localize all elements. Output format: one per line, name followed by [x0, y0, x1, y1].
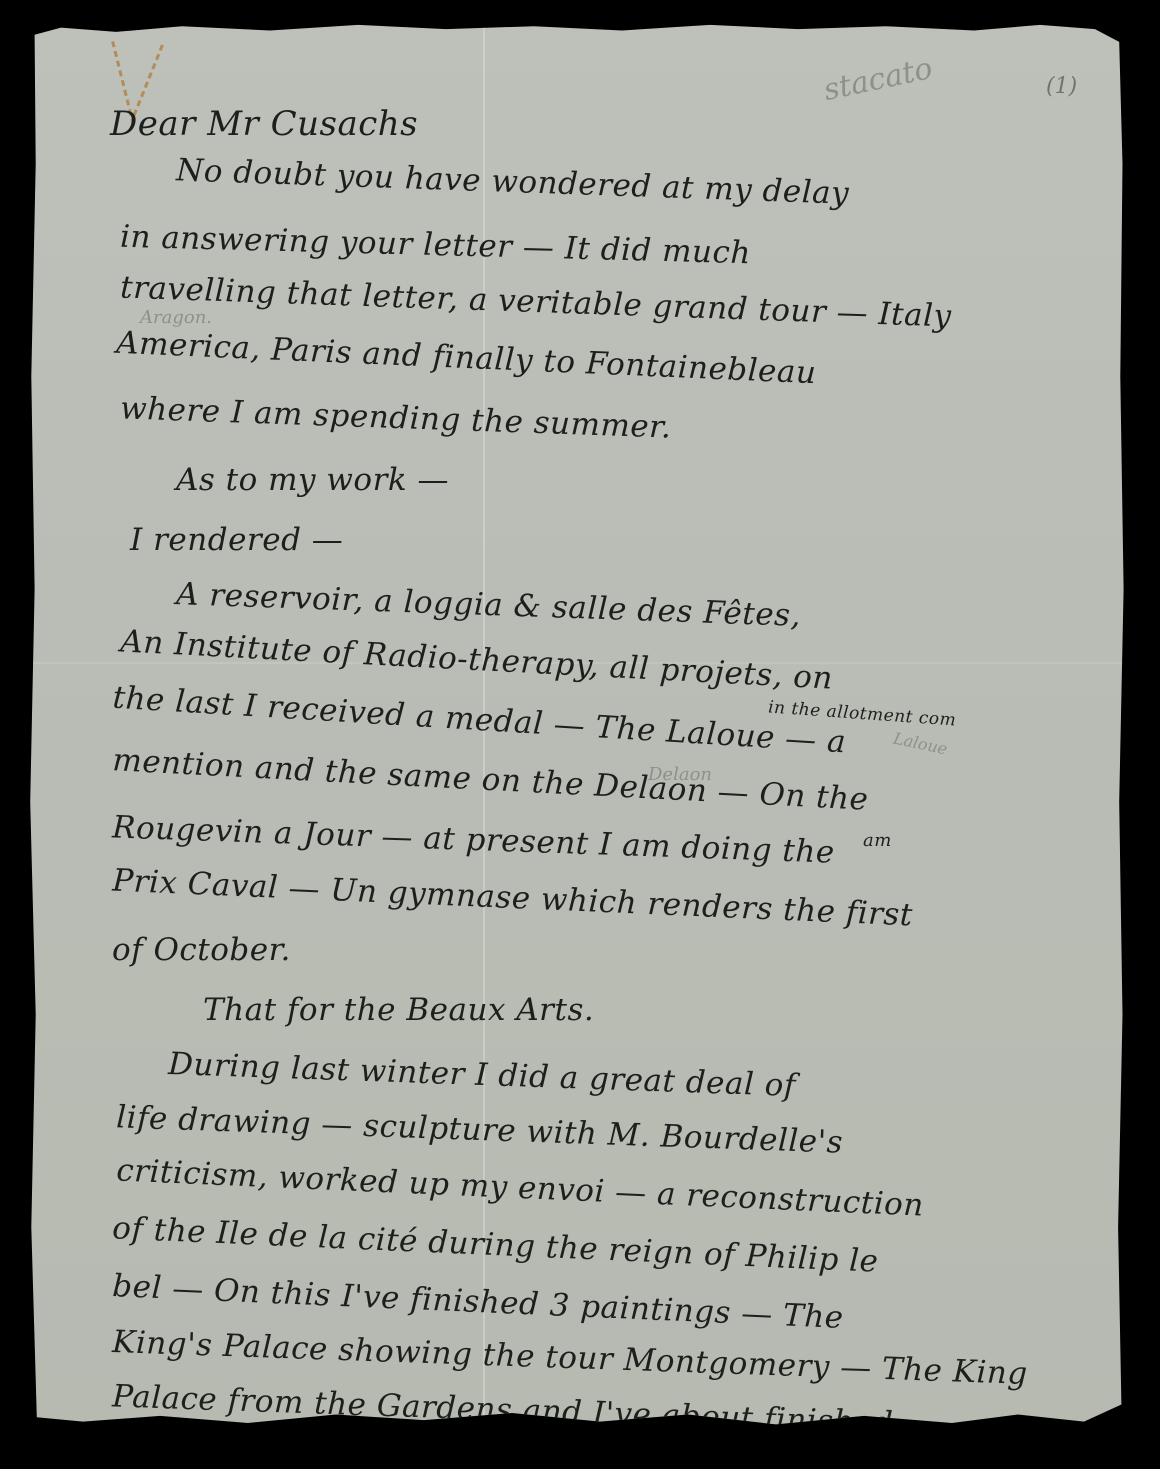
letter-line-2: in answering your letter — It did much	[120, 219, 752, 272]
letter-line-13: Prix Caval — Un gymnase which renders th…	[112, 863, 914, 934]
pencil-note-delaon: Delaon	[648, 764, 712, 785]
letter-line-15: That for the Beaux Arts.	[203, 992, 594, 1028]
letter-line-19: of the Ile de la cité during the reign o…	[112, 1210, 880, 1279]
pencil-note-stacato: stacato	[821, 51, 936, 108]
letter-line-6: As to my work —	[176, 462, 449, 498]
salutation: Dear Mr Cusachs	[110, 104, 418, 144]
letter-line-4: America, Paris and finally to Fontainebl…	[116, 325, 818, 392]
letter-line-3: travelling that letter, a veritable gran…	[120, 269, 952, 334]
letter-page: stacato (1) Dear Mr Cusachs No doubt you…	[28, 22, 1128, 1440]
letter-line-8: A reservoir, a loggia & salle des Fêtes,	[176, 576, 802, 634]
letter-line-12: Rougevin a Jour — at present I am doing …	[112, 809, 836, 870]
letter-line-5: where I am spending the summer.	[120, 390, 673, 445]
page-number: (1)	[1046, 74, 1077, 99]
pencil-note-laloue: Laloue	[892, 729, 949, 759]
letter-line-1: No doubt you have wondered at my delay	[176, 152, 850, 211]
letter-line-7: I rendered —	[130, 522, 343, 558]
letter-line-17: life drawing — sculpture with M. Bourdel…	[116, 1099, 844, 1160]
pencil-note-aragon: Aragon.	[140, 307, 212, 328]
letter-line-21: King's Palace showing the tour Montgomer…	[112, 1324, 1029, 1392]
letter-line-22: Palace from the Gardens and I've about f…	[112, 1378, 894, 1441]
letter-line-14: of October.	[112, 932, 291, 968]
interlinear-am: am	[863, 830, 892, 851]
letter-line-20: bel — On this I've finished 3 paintings …	[112, 1268, 845, 1336]
letter-line-18: criticism, worked up my envoi — a recons…	[116, 1152, 925, 1223]
letter-line-16: During last winter I did a great deal of	[168, 1046, 797, 1104]
